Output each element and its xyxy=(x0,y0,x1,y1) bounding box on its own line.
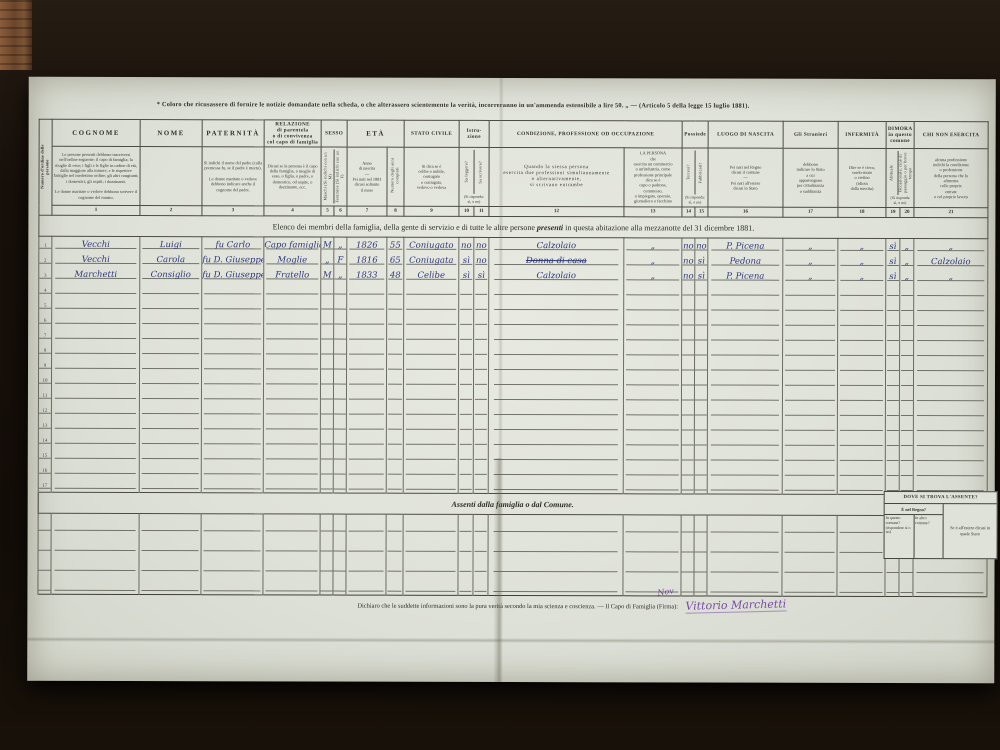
data-cell xyxy=(900,314,914,329)
data-cell xyxy=(386,478,403,494)
row-number-cell: 12 xyxy=(38,402,51,417)
data-cell xyxy=(694,575,707,596)
data-cell: Moglie xyxy=(264,252,321,267)
data-cell xyxy=(488,388,623,403)
data-cell xyxy=(51,372,139,387)
data-cell xyxy=(474,343,489,358)
data-cell xyxy=(473,448,488,463)
row-number-cell xyxy=(38,534,51,554)
row-number-cell: 15 xyxy=(38,447,51,462)
relazione-instructions: Dicasi se la persona è il capo della fam… xyxy=(264,147,321,206)
data-cell xyxy=(403,555,458,575)
data-cell xyxy=(473,514,488,535)
data-cell xyxy=(900,284,914,299)
data-cell xyxy=(681,575,694,596)
data-cell xyxy=(346,463,386,478)
data-cell: „ xyxy=(838,269,886,284)
data-cell xyxy=(346,388,386,403)
data-cell xyxy=(264,342,321,357)
data-cell xyxy=(885,464,899,479)
data-cell xyxy=(346,514,386,535)
stato-civile-instructions: Si dica se è celibe o nubile, coniugato … xyxy=(404,147,459,206)
la-persona-instructions: LA PERSONA che esercita un commercio o u… xyxy=(624,148,682,207)
data-cell xyxy=(458,448,473,463)
chi-non-esercita-instructions: alcuna professione indichi la condizione… xyxy=(914,149,988,208)
data-cell xyxy=(347,328,387,343)
possiede-risponda-note: (Si risponda: sì, o no) xyxy=(683,195,706,205)
data-cell: 1816 xyxy=(347,253,387,268)
data-cell xyxy=(899,464,913,479)
data-cell xyxy=(694,463,707,478)
data-cell xyxy=(386,418,403,433)
data-cell xyxy=(708,359,783,374)
data-cell xyxy=(140,297,202,312)
data-cell xyxy=(346,555,386,575)
data-cell xyxy=(403,373,458,388)
data-cell xyxy=(386,403,403,418)
data-cell xyxy=(624,358,682,373)
data-cell xyxy=(140,327,202,342)
data-cell xyxy=(488,575,623,596)
row-number-cell: 16 xyxy=(38,462,51,477)
data-cell xyxy=(837,434,885,449)
data-cell xyxy=(838,284,886,299)
data-cell: „ xyxy=(914,239,988,255)
data-cell xyxy=(404,328,459,343)
data-cell: „ xyxy=(838,254,886,269)
data-cell xyxy=(346,575,386,596)
data-cell xyxy=(320,447,333,462)
sesso-instructions: Maschi (Si indichi con un M) Femmine (Si… xyxy=(321,147,347,206)
data-cell xyxy=(782,464,837,479)
wood-table-corner xyxy=(0,0,32,70)
assenti-title: Assenti dalla famiglia o dal Comune. xyxy=(38,492,987,515)
data-cell: P. Picena xyxy=(708,238,783,254)
data-cell: Pedona xyxy=(708,254,783,269)
data-cell xyxy=(333,418,346,433)
data-cell xyxy=(320,554,333,574)
data-cell xyxy=(51,402,139,417)
data-cell xyxy=(707,576,782,597)
data-cell: no xyxy=(474,253,489,268)
data-cell: no xyxy=(695,238,708,254)
photo-of-census-sheet: { "colors": { "background": "#170f0a", "… xyxy=(0,0,1000,750)
data-cell xyxy=(459,313,474,328)
data-cell xyxy=(913,389,987,404)
data-cell: Fratello xyxy=(264,267,321,282)
data-cell xyxy=(885,434,899,449)
data-cell xyxy=(346,478,386,494)
data-cell: no xyxy=(682,238,695,254)
data-cell xyxy=(333,388,346,403)
data-cell xyxy=(488,373,623,388)
data-cell xyxy=(782,449,837,464)
column-sesso-header: SESSO xyxy=(321,120,347,147)
data-cell: „ xyxy=(914,269,988,284)
column-luogo-header: LUOGO DI NASCITA xyxy=(708,121,783,148)
data-cell xyxy=(403,535,458,555)
data-cell xyxy=(346,373,386,388)
data-cell xyxy=(489,283,624,298)
data-cell: „ xyxy=(334,237,347,253)
data-cell xyxy=(263,462,320,477)
data-cell xyxy=(695,343,708,358)
table-row: 17 xyxy=(38,477,987,495)
data-cell xyxy=(202,282,264,297)
data-cell xyxy=(263,514,320,535)
terreni-note: Terreni? xyxy=(687,165,692,181)
data-cell xyxy=(782,576,837,597)
data-cell xyxy=(707,389,782,404)
data-cell xyxy=(694,388,707,403)
data-cell xyxy=(403,514,458,535)
data-cell xyxy=(695,313,708,328)
data-cell xyxy=(681,463,694,478)
data-cell xyxy=(708,329,783,344)
data-cell xyxy=(681,478,694,494)
data-cell xyxy=(695,358,708,373)
data-cell xyxy=(707,419,782,434)
data-cell xyxy=(473,373,488,388)
row-number-cell: 17 xyxy=(38,477,51,493)
data-cell: sì xyxy=(459,253,474,268)
infermita-instructions: Dire se è cieco, sordo-muto o cretino (i… xyxy=(838,148,886,207)
row-number-cell: 14 xyxy=(38,432,51,447)
data-cell: „ xyxy=(321,253,334,268)
data-cell xyxy=(387,283,404,298)
data-cell xyxy=(201,534,263,554)
data-cell xyxy=(386,514,403,535)
data-cell xyxy=(914,329,988,344)
data-cell xyxy=(201,417,263,432)
data-cell xyxy=(403,418,458,433)
dimora-risponda-note: (Si risponda sì, o no) xyxy=(887,195,912,205)
data-cell: „ xyxy=(783,238,838,254)
data-cell xyxy=(320,417,333,432)
data-cell xyxy=(885,576,899,597)
data-cell xyxy=(474,358,489,373)
data-cell xyxy=(838,314,886,329)
data-cell xyxy=(264,282,321,297)
data-cell: „ xyxy=(900,254,914,269)
data-cell xyxy=(782,556,837,576)
data-cell xyxy=(458,535,473,555)
data-cell xyxy=(695,328,708,343)
data-cell xyxy=(682,343,695,358)
data-cell xyxy=(624,343,682,358)
data-cell xyxy=(914,299,988,314)
data-cell xyxy=(899,419,913,434)
data-cell: Carola xyxy=(140,252,202,267)
data-cell xyxy=(488,555,623,575)
data-cell xyxy=(837,374,885,389)
dove-questo-comune-label: In questo comune? (rispondere sì o no) xyxy=(885,515,914,558)
data-cell xyxy=(320,402,333,417)
data-cell xyxy=(51,462,139,477)
data-cell xyxy=(473,463,488,478)
data-cell xyxy=(403,463,458,478)
data-cell xyxy=(913,404,987,419)
data-cell: Calzolaio xyxy=(489,268,624,283)
condizione-instructions: Quando la stessa persona esercita due pr… xyxy=(489,147,624,206)
table-row xyxy=(38,513,987,536)
data-cell xyxy=(263,534,320,554)
data-cell xyxy=(403,478,458,494)
data-cell xyxy=(202,327,264,342)
data-cell xyxy=(263,477,320,493)
row-number-cell: 13 xyxy=(38,417,51,432)
data-cell xyxy=(473,418,488,433)
data-cell xyxy=(783,314,838,329)
census-sheet: * Coloro che ricusassero di fornire le n… xyxy=(27,77,996,684)
row-number-cell: 4 xyxy=(39,282,52,297)
data-cell xyxy=(386,388,403,403)
list-subtitle: Elenco dei membri della famiglia, della … xyxy=(39,215,988,238)
data-cell xyxy=(334,298,347,313)
data-cell: „ xyxy=(624,238,682,254)
data-cell xyxy=(681,403,694,418)
data-cell xyxy=(900,359,914,374)
data-cell xyxy=(404,298,459,313)
data-cell xyxy=(458,463,473,478)
data-cell xyxy=(489,328,624,343)
data-cell xyxy=(346,418,386,433)
data-cell xyxy=(488,514,623,535)
data-cell xyxy=(694,515,707,536)
data-cell xyxy=(694,555,707,575)
table-row xyxy=(38,554,987,576)
data-cell xyxy=(473,403,488,418)
data-cell: Capo famiglia xyxy=(264,237,321,253)
data-cell xyxy=(140,342,202,357)
data-cell xyxy=(334,328,347,343)
ordine-label: Numero d'ordine delle persone xyxy=(41,140,51,192)
data-cell xyxy=(489,358,624,373)
column-cognome-header: COGNOME xyxy=(52,119,140,146)
data-cell xyxy=(837,389,885,404)
stranieri-instructions: debbono indicare lo Stato a cui apparten… xyxy=(783,148,838,207)
census-table: Numero d'ordine delle persone COGNOME NO… xyxy=(37,119,988,597)
data-cell xyxy=(682,358,695,373)
data-cell xyxy=(623,403,681,418)
data-cell xyxy=(682,298,695,313)
data-cell xyxy=(885,419,899,434)
data-cell xyxy=(321,328,334,343)
data-cell xyxy=(885,404,899,419)
assenti-section: Assenti dalla famiglia o dal Comune. xyxy=(38,492,987,515)
data-cell xyxy=(914,344,988,359)
data-cell xyxy=(139,387,201,402)
data-cell xyxy=(333,555,346,575)
data-cell xyxy=(782,515,837,536)
data-cell xyxy=(459,343,474,358)
dove-altro-comune-label: in altro comune? xyxy=(913,515,943,558)
data-cell xyxy=(263,387,320,402)
data-cell xyxy=(707,434,782,449)
femmine-note: Femmine (Si indichi con un F) xyxy=(335,151,345,203)
data-cell xyxy=(139,447,201,462)
data-cell xyxy=(404,343,459,358)
data-cell xyxy=(913,434,987,449)
paternita-instructions: Si indichi il nome del padre (colla prem… xyxy=(202,147,264,206)
data-cell xyxy=(782,404,837,419)
data-cell xyxy=(838,359,886,374)
data-cell xyxy=(321,298,334,313)
data-cell xyxy=(264,327,321,342)
data-cell xyxy=(708,299,783,314)
data-cell xyxy=(694,418,707,433)
data-cell xyxy=(404,313,459,328)
data-cell xyxy=(346,403,386,418)
data-cell xyxy=(782,434,837,449)
data-cell: no xyxy=(682,268,695,283)
data-cell xyxy=(139,554,201,574)
data-cell xyxy=(473,388,488,403)
data-cell xyxy=(386,555,403,575)
data-cell: sì xyxy=(459,268,474,283)
data-cell xyxy=(474,313,489,328)
data-cell xyxy=(387,328,404,343)
data-cell xyxy=(682,313,695,328)
data-cell xyxy=(837,536,885,556)
column-nome-header: NOME xyxy=(140,120,202,147)
data-cell xyxy=(333,433,346,448)
data-cell xyxy=(783,359,838,374)
data-cell xyxy=(320,462,333,477)
column-istruzione-header: Istru- zione xyxy=(459,120,489,147)
data-cell: sì xyxy=(886,269,900,284)
data-cell xyxy=(899,374,913,389)
data-cell xyxy=(321,283,334,298)
row-number-cell: 5 xyxy=(39,297,52,312)
data-cell xyxy=(782,419,837,434)
data-cell: Coniugata xyxy=(404,253,459,268)
data-cell: no xyxy=(682,253,695,268)
declaration-text: Dichiaro che le suddette informazioni so… xyxy=(357,603,678,611)
data-cell xyxy=(899,449,913,464)
data-cell xyxy=(623,388,681,403)
data-cell xyxy=(838,329,886,344)
data-cell xyxy=(623,433,681,448)
data-cell xyxy=(837,419,885,434)
data-cell xyxy=(201,477,263,493)
data-cell xyxy=(201,402,263,417)
data-cell: Marchetti xyxy=(52,267,140,282)
data-cell xyxy=(51,554,139,574)
subtitle-presenti: presenti xyxy=(537,223,563,232)
data-cell: 1826 xyxy=(347,237,387,253)
data-cell: „ xyxy=(783,254,838,269)
data-cell xyxy=(333,575,346,596)
data-cell xyxy=(681,388,694,403)
data-cell xyxy=(347,343,387,358)
data-cell: Vecchi xyxy=(52,236,140,252)
data-cell xyxy=(264,312,321,327)
data-cell xyxy=(51,477,139,493)
column-possiede-header: Possiede xyxy=(682,121,708,148)
data-cell xyxy=(488,448,623,463)
data-cell xyxy=(707,404,782,419)
data-cell xyxy=(139,417,201,432)
data-cell xyxy=(707,449,782,464)
data-cell xyxy=(694,403,707,418)
data-cell xyxy=(488,478,623,494)
data-cell xyxy=(837,556,885,576)
data-cell xyxy=(458,433,473,448)
data-cell xyxy=(694,448,707,463)
data-cell xyxy=(783,344,838,359)
data-cell xyxy=(708,344,783,359)
data-cell xyxy=(624,298,682,313)
data-cell: Coniugato xyxy=(404,237,459,253)
data-cell: „ xyxy=(624,253,682,268)
nome-instructions xyxy=(140,147,202,206)
data-cell xyxy=(837,576,885,597)
data-cell xyxy=(885,389,899,404)
data-cell xyxy=(201,514,263,535)
data-cell xyxy=(139,402,201,417)
data-cell xyxy=(488,433,623,448)
dove-regno-label: È nel Regno? xyxy=(885,504,943,515)
data-cell xyxy=(488,463,623,478)
cognome-instructions: Le persone presenti debbono inscriversi … xyxy=(52,146,140,205)
data-cell xyxy=(139,432,201,447)
data-cell xyxy=(473,535,488,555)
data-cell xyxy=(474,298,489,313)
data-cell: no xyxy=(474,237,489,253)
data-cell xyxy=(707,556,782,576)
data-cell xyxy=(899,404,913,419)
row-number-cell: 8 xyxy=(39,342,52,357)
dove-estero-label: Se è all'estero dicasi in quale Stato xyxy=(944,504,997,558)
data-cell xyxy=(334,283,347,298)
table-row xyxy=(38,574,987,597)
data-cell xyxy=(346,535,386,555)
data-cell xyxy=(347,283,387,298)
paper-fold-crease-lower xyxy=(493,458,504,682)
data-cell xyxy=(51,432,139,447)
row-number-cell: 2 xyxy=(39,252,52,267)
column-ordine-header: Numero d'ordine delle persone xyxy=(39,119,52,215)
data-cell xyxy=(320,373,333,388)
data-cell xyxy=(707,515,782,536)
data-cell xyxy=(139,514,201,535)
row-number-cell xyxy=(38,574,51,595)
data-cell xyxy=(694,373,707,388)
data-cell: F xyxy=(334,253,347,268)
data-cell xyxy=(202,357,264,372)
row-number-cell xyxy=(38,513,51,534)
data-cell xyxy=(387,343,404,358)
data-cell xyxy=(899,434,913,449)
data-cell xyxy=(51,534,139,554)
data-cell: 65 xyxy=(387,253,404,268)
data-cell xyxy=(387,298,404,313)
data-cell xyxy=(682,283,695,298)
head-of-family-signature: Vittorio Marchetti xyxy=(686,597,787,613)
data-cell: sì xyxy=(695,268,708,283)
data-cell xyxy=(202,342,264,357)
data-cell xyxy=(624,283,682,298)
data-cell xyxy=(321,313,334,328)
declaration-line: Nov Dichiaro che le suddette informazion… xyxy=(357,598,987,614)
data-cell xyxy=(623,515,681,536)
data-cell xyxy=(488,418,623,433)
data-cell xyxy=(201,432,263,447)
data-cell xyxy=(201,372,263,387)
data-cell xyxy=(320,514,333,535)
data-cell xyxy=(386,535,403,555)
